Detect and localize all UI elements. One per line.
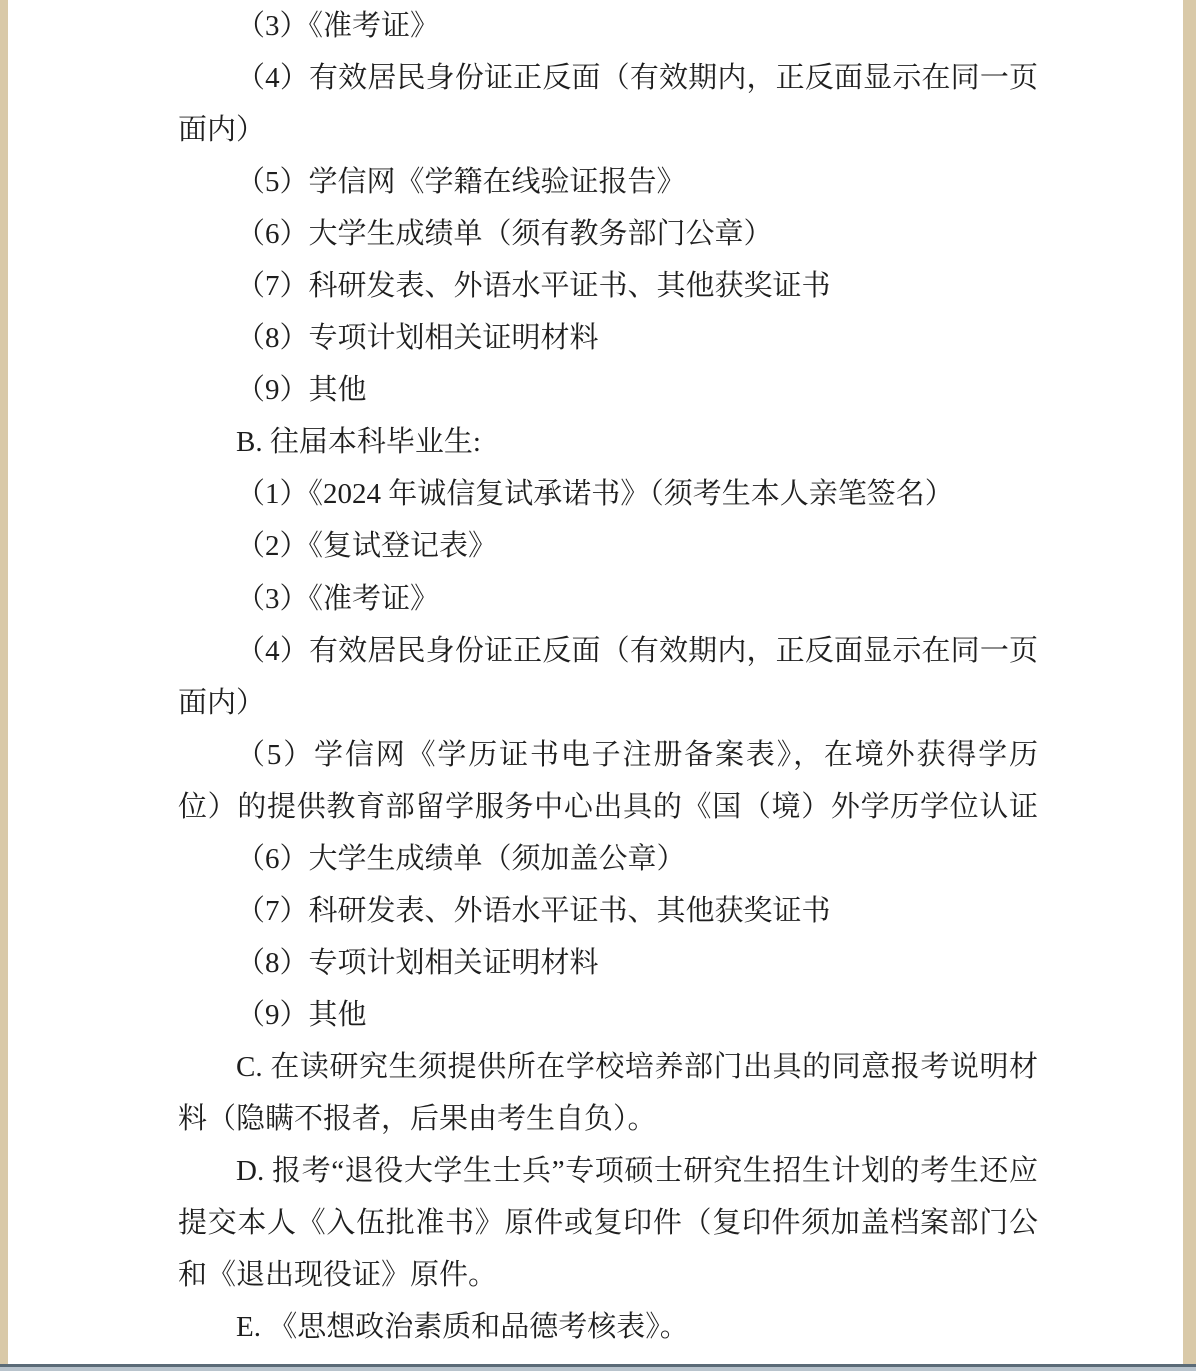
- text-line: （9）其他: [178, 989, 1038, 1041]
- text-line: 料（隐瞒不报者，后果由考生自负）。: [178, 1093, 1038, 1145]
- text-line: （5）学信网《学籍在线验证报告》: [178, 156, 1038, 208]
- text-line: （4）有效居民身份证正反面（有效期内，正反面显示在同一页: [178, 52, 1038, 104]
- page-text-block: （3）《准考证》（4）有效居民身份证正反面（有效期内，正反面显示在同一页面内）（…: [178, 0, 1038, 1353]
- text-line: （6）大学生成绩单（须有教务部门公章）: [178, 208, 1038, 260]
- text-line: 和《退出现役证》原件。: [178, 1249, 1038, 1301]
- text-line: E. 《思想政治素质和品德考核表》。: [178, 1301, 1038, 1353]
- text-line: 位）的提供教育部留学服务中心出具的《国（境）外学历学位认证书》: [178, 781, 1038, 833]
- page-bottom-edge-light: [0, 1367, 1196, 1371]
- text-line: B. 往届本科毕业生:: [178, 416, 1038, 468]
- text-line: （8）专项计划相关证明材料: [178, 312, 1038, 364]
- document-viewer-background: （3）《准考证》（4）有效居民身份证正反面（有效期内，正反面显示在同一页面内）（…: [0, 0, 1196, 1371]
- document-page: （3）《准考证》（4）有效居民身份证正反面（有效期内，正反面显示在同一页面内）（…: [8, 0, 1183, 1364]
- text-line: （2）《复试登记表》: [178, 520, 1038, 572]
- text-line: （4）有效居民身份证正反面（有效期内，正反面显示在同一页: [178, 625, 1038, 677]
- text-line: （6）大学生成绩单（须加盖公章）: [178, 833, 1038, 885]
- text-line: 面内）: [178, 104, 1038, 156]
- text-line: 提交本人《入伍批准书》原件或复印件（复印件须加盖档案部门公章）: [178, 1197, 1038, 1249]
- text-line: （8）专项计划相关证明材料: [178, 937, 1038, 989]
- text-line: （3）《准考证》: [178, 0, 1038, 52]
- text-line: （7）科研发表、外语水平证书、其他获奖证书: [178, 885, 1038, 937]
- text-line: D. 报考“退役大学生士兵”专项硕士研究生招生计划的考生还应: [178, 1145, 1038, 1197]
- text-line: 面内）: [178, 677, 1038, 729]
- text-line: （3）《准考证》: [178, 573, 1038, 625]
- text-line: （5）学信网《学历证书电子注册备案表》，在境外获得学历（学: [178, 729, 1038, 781]
- text-line: （9）其他: [178, 364, 1038, 416]
- text-line: （7）科研发表、外语水平证书、其他获奖证书: [178, 260, 1038, 312]
- text-line: （1）《2024 年诚信复试承诺书》（须考生本人亲笔签名）: [178, 468, 1038, 520]
- text-line: C. 在读研究生须提供所在学校培养部门出具的同意报考说明材: [178, 1041, 1038, 1093]
